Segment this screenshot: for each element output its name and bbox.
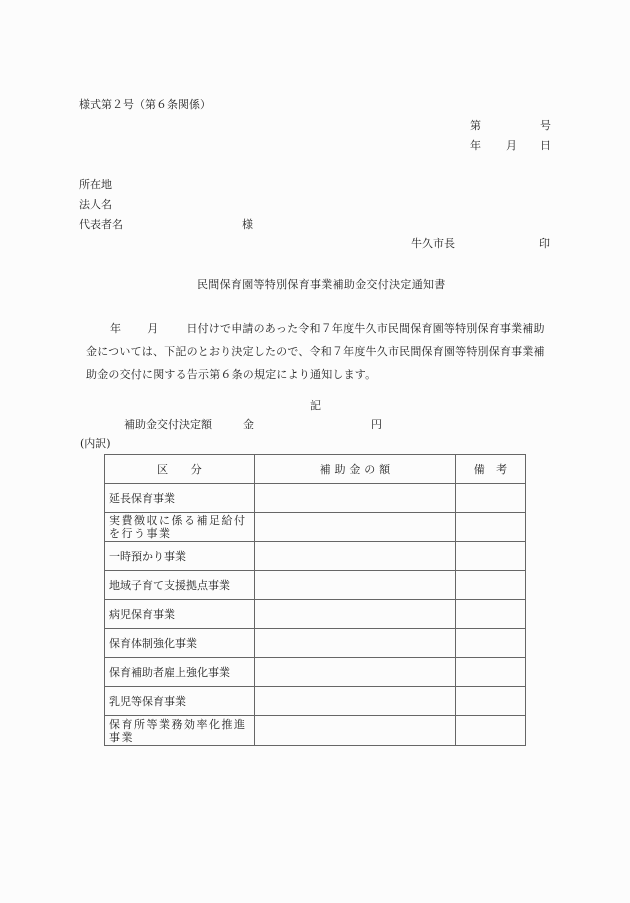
row-amount[interactable] [255,600,456,629]
breakdown-label: (内訳) [80,437,111,451]
ki-heading: 記 [310,399,321,413]
row-note[interactable] [456,658,526,687]
row-category: 乳児等保育事業 [105,687,255,716]
header-note: 備 考 [456,455,526,484]
table-header-row: 区 分 補 助 金 の 額 備 考 [105,455,526,484]
row-category: 一時預かり事業 [105,542,255,571]
row-amount[interactable] [255,484,456,513]
form-number: 様式第２号（第６条関係） [79,98,211,112]
doc-number-suffix: 号 [540,119,551,133]
table-row: 保育体制強化事業 [105,629,526,658]
row-category: 延長保育事業 [105,484,255,513]
representative-label: 代表者名 [79,218,123,232]
row-note[interactable] [456,600,526,629]
row-note[interactable] [456,484,526,513]
body-month: 月 [147,322,158,335]
row-amount[interactable] [255,716,456,746]
table-row: 延長保育事業 [105,484,526,513]
row-amount[interactable] [255,571,456,600]
row-amount[interactable] [255,542,456,571]
table-row: 実費徴収に係る補足給付を行う事業 [105,513,526,542]
honorific: 様 [242,218,253,232]
breakdown-table: 区 分 補 助 金 の 額 備 考 延長保育事業 実費徴収に係る補足給付を行う事… [104,454,526,746]
date-year: 年 [470,139,481,153]
table-row: 地域子育て支援拠点事業 [105,571,526,600]
row-category: 実費徴収に係る補足給付を行う事業 [105,513,255,542]
table-row: 一時預かり事業 [105,542,526,571]
row-category: 病児保育事業 [105,600,255,629]
row-note[interactable] [456,571,526,600]
row-category: 地域子育て支援拠点事業 [105,571,255,600]
body-year: 年 [110,322,121,335]
table-row: 病児保育事業 [105,600,526,629]
corporation-label: 法人名 [79,198,112,212]
header-category: 区 分 [105,455,255,484]
doc-number-prefix: 第 [470,119,481,133]
row-amount[interactable] [255,658,456,687]
row-note[interactable] [456,542,526,571]
amount-unit: 円 [371,418,382,432]
row-amount[interactable] [255,513,456,542]
table-row: 乳児等保育事業 [105,687,526,716]
issuer-title: 牛久市長 [411,237,455,251]
date-day: 日 [540,139,551,153]
body-paragraph: 年月日付けで申請のあった令和７年度牛久市民間保育園等特別保育事業補助金については… [86,317,554,386]
row-category: 保育補助者雇上強化事業 [105,658,255,687]
date-month: 月 [506,139,517,153]
table-row: 保育所等業務効率化推進事業 [105,716,526,746]
row-amount[interactable] [255,629,456,658]
row-amount[interactable] [255,687,456,716]
seal-mark: 印 [539,237,550,251]
amount-prefix: 金 [243,418,254,432]
amount-label: 補助金交付決定額 [124,418,212,432]
row-category: 保育体制強化事業 [105,629,255,658]
document-title: 民間保育園等特別保育事業補助金交付決定通知書 [197,278,446,292]
row-note[interactable] [456,687,526,716]
row-note[interactable] [456,629,526,658]
row-category: 保育所等業務効率化推進事業 [105,716,255,746]
row-note[interactable] [456,513,526,542]
address-label: 所在地 [79,178,112,192]
table-row: 保育補助者雇上強化事業 [105,658,526,687]
header-amount: 補 助 金 の 額 [255,455,456,484]
row-note[interactable] [456,716,526,746]
